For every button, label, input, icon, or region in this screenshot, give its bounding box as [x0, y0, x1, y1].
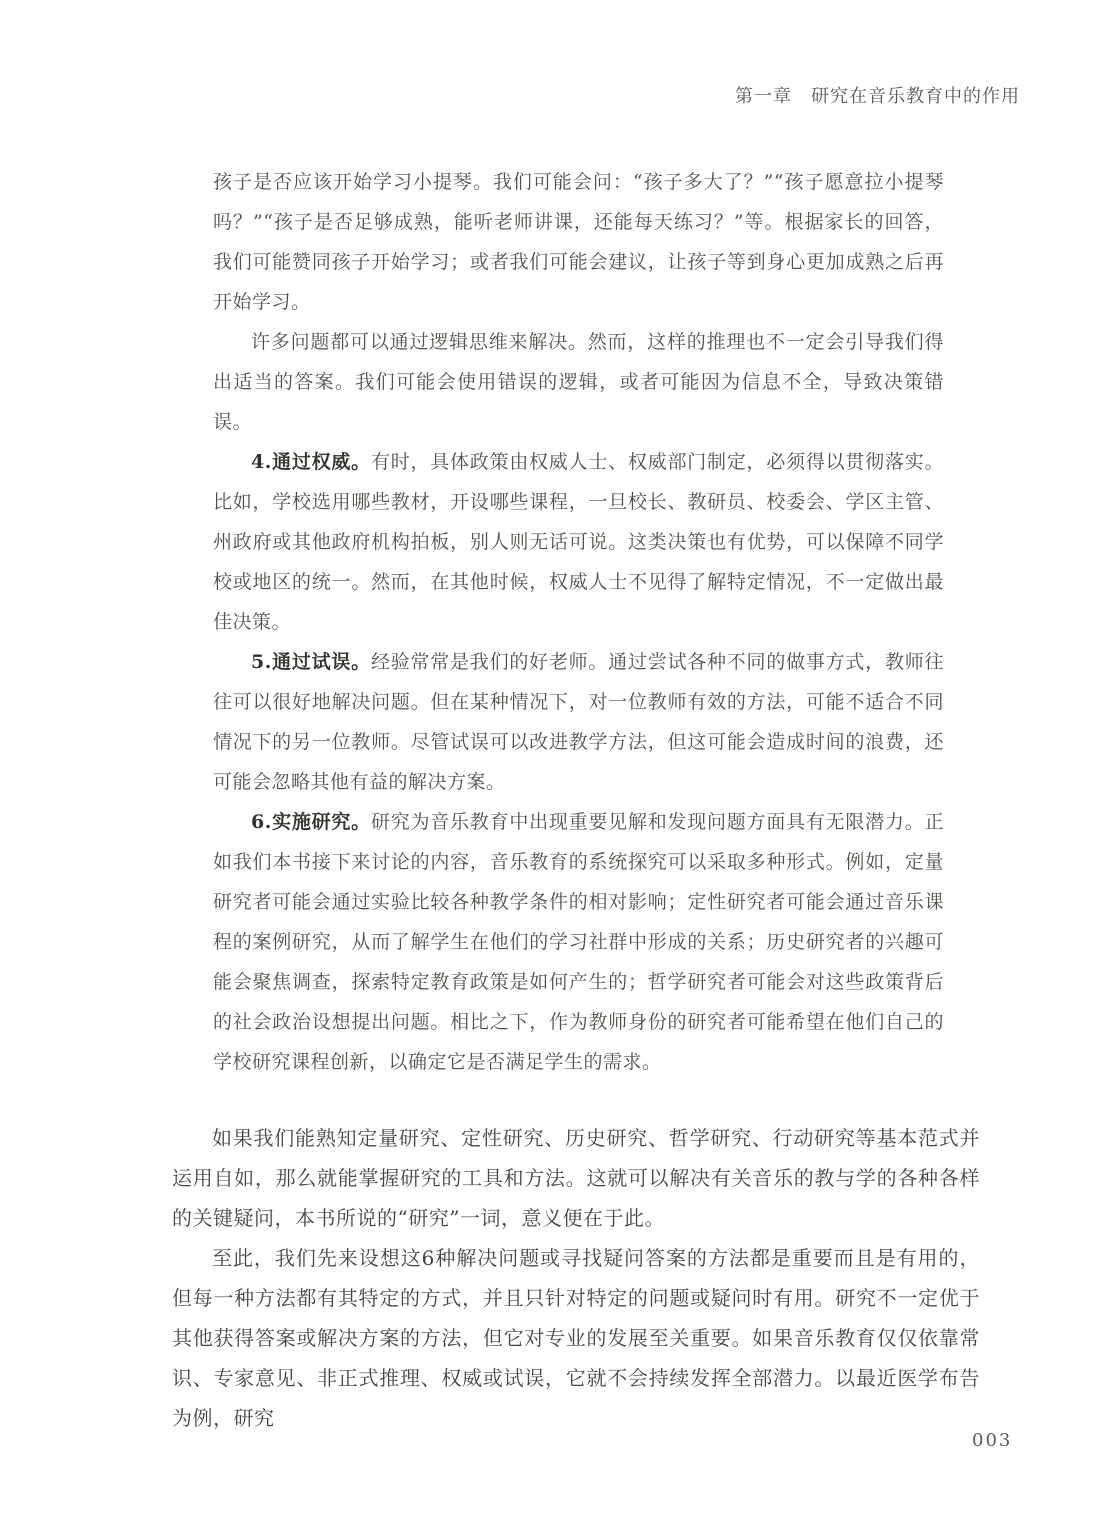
- paragraph-lead: 5.通过试误。: [251, 651, 371, 673]
- paragraph-text: 有时，具体政策由权威人士、权威部门制定，必须得以贯彻落实。比如，学校选用哪些教材…: [213, 451, 944, 633]
- paragraph: 至此，我们先来设想这6种解决问题或寻找疑问答案的方法都是重要而且是有用的，但每一…: [172, 1238, 980, 1438]
- paragraph-text: 许多问题都可以通过逻辑思维来解决。然而，这样的推理也不一定会引导我们得出适当的答…: [213, 331, 944, 433]
- paragraph: 6.实施研究。研究为音乐教育中出现重要见解和发现问题方面具有无限潜力。正如我们本…: [213, 802, 944, 1082]
- paragraph: 5.通过试误。经验常常是我们的好老师。通过尝试各种不同的做事方式，教师往往可以很…: [213, 642, 944, 802]
- paragraph-text: 如果我们能熟知定量研究、定性研究、历史研究、哲学研究、行动研究等基本范式并运用自…: [172, 1126, 980, 1230]
- paragraph-lead: 4.通过权威。: [251, 451, 371, 473]
- body-text-upper: 孩子是否应该开始学习小提琴。我们可能会问：“孩子多大了？”“孩子愿意拉小提琴吗？…: [213, 162, 944, 1082]
- paragraph: 孩子是否应该开始学习小提琴。我们可能会问：“孩子多大了？”“孩子愿意拉小提琴吗？…: [213, 162, 944, 322]
- paragraph: 许多问题都可以通过逻辑思维来解决。然而，这样的推理也不一定会引导我们得出适当的答…: [213, 322, 944, 442]
- paragraph: 4.通过权威。有时，具体政策由权威人士、权威部门制定，必须得以贯彻落实。比如，学…: [213, 442, 944, 642]
- paragraph-text: 研究为音乐教育中出现重要见解和发现问题方面具有无限潜力。正如我们本书接下来讨论的…: [213, 811, 944, 1073]
- paragraph-text: 至此，我们先来设想这6种解决问题或寻找疑问答案的方法都是重要而且是有用的，但每一…: [172, 1246, 980, 1430]
- page-number: 003: [972, 1430, 1012, 1451]
- paragraph-lead: 6.实施研究。: [251, 811, 371, 833]
- body-text-lower: 如果我们能熟知定量研究、定性研究、历史研究、哲学研究、行动研究等基本范式并运用自…: [172, 1118, 980, 1438]
- book-page: 第一章 研究在音乐教育中的作用 孩子是否应该开始学习小提琴。我们可能会问：“孩子…: [0, 0, 1100, 1532]
- running-head: 第一章 研究在音乐教育中的作用: [735, 86, 1035, 108]
- paragraph-text: 孩子是否应该开始学习小提琴。我们可能会问：“孩子多大了？”“孩子愿意拉小提琴吗？…: [213, 171, 944, 313]
- paragraph: 如果我们能熟知定量研究、定性研究、历史研究、哲学研究、行动研究等基本范式并运用自…: [172, 1118, 980, 1238]
